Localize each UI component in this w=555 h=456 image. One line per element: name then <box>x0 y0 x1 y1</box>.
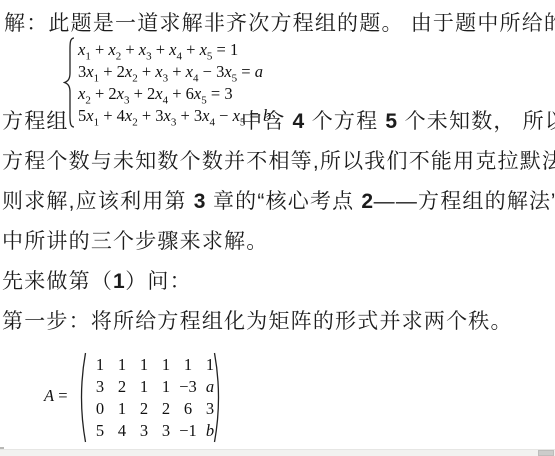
paragraph-line-3: 方程个数与未知数个数并不相等,所以我们不能用克拉默法 <box>2 145 555 175</box>
paragraph-line-4: 则求解,应该利用第 3 章的“核心考点 2——方程组的解法” <box>2 185 555 215</box>
matrix-cell: 1 <box>112 398 132 420</box>
paragraph-line-7: 第一步：将所给方程组化为矩阵的形式并求两个秩。 <box>2 305 513 335</box>
matrix-cell: −1 <box>178 420 198 442</box>
matrix-cell: 1 <box>134 354 154 376</box>
matrix-cell: 0 <box>90 398 110 420</box>
matrix-cell: 2 <box>134 398 154 420</box>
matrix-cell: 1 <box>156 354 176 376</box>
matrix-cell: 1 <box>112 354 132 376</box>
matrix-cell: −3 <box>178 376 198 398</box>
matrix-cell: 6 <box>178 398 198 420</box>
matrix-cell: 3 <box>90 376 110 398</box>
matrix-cell: 1 <box>90 354 110 376</box>
equation: x1 + x2 + x3 + x4 + x5 = 1 <box>78 39 271 61</box>
paragraph-line-1: 解：此题是一道求解非齐次方程组的题。 由于题中所给的 <box>4 7 555 37</box>
left-paren-icon <box>76 352 87 443</box>
right-paren-icon <box>213 352 224 443</box>
matrix-cell: 1 <box>134 376 154 398</box>
equation-system-label: 方程组 <box>2 105 69 135</box>
horizontal-scrollbar[interactable] <box>0 449 555 456</box>
matrix-cell: 1 <box>156 376 176 398</box>
matrix-cell: 2 <box>112 376 132 398</box>
document-page: 解：此题是一道求解非齐次方程组的题。 由于题中所给的 方程组 x1 + x2 +… <box>0 0 555 456</box>
matrix-cell: 4 <box>112 420 132 442</box>
paragraph-line-6: 先来做第（1）问： <box>2 265 192 295</box>
matrix-cell: 5 <box>90 420 110 442</box>
matrix-cell: 3 <box>156 420 176 442</box>
matrix-label: A = <box>44 386 68 406</box>
matrix-cell: 2 <box>156 398 176 420</box>
scrollbar-corner[interactable] <box>538 450 554 456</box>
matrix-cell: 1 <box>178 354 198 376</box>
equation: 3x1 + 2x2 + x3 + x4 − 3x5 = a <box>78 61 271 83</box>
paragraph-after-system: 中含 4 个方程 5 个未知数， 所以 <box>241 105 555 135</box>
left-brace-icon <box>63 37 76 128</box>
paragraph-line-5: 中所讲的三个步骤来求解。 <box>2 225 268 255</box>
equation: x2 + 2x3 + 2x4 + 6x5 = 3 <box>78 83 271 105</box>
matrix-grid: 1111113211−3a0122635433−1b <box>90 354 220 442</box>
matrix-cell: 3 <box>134 420 154 442</box>
